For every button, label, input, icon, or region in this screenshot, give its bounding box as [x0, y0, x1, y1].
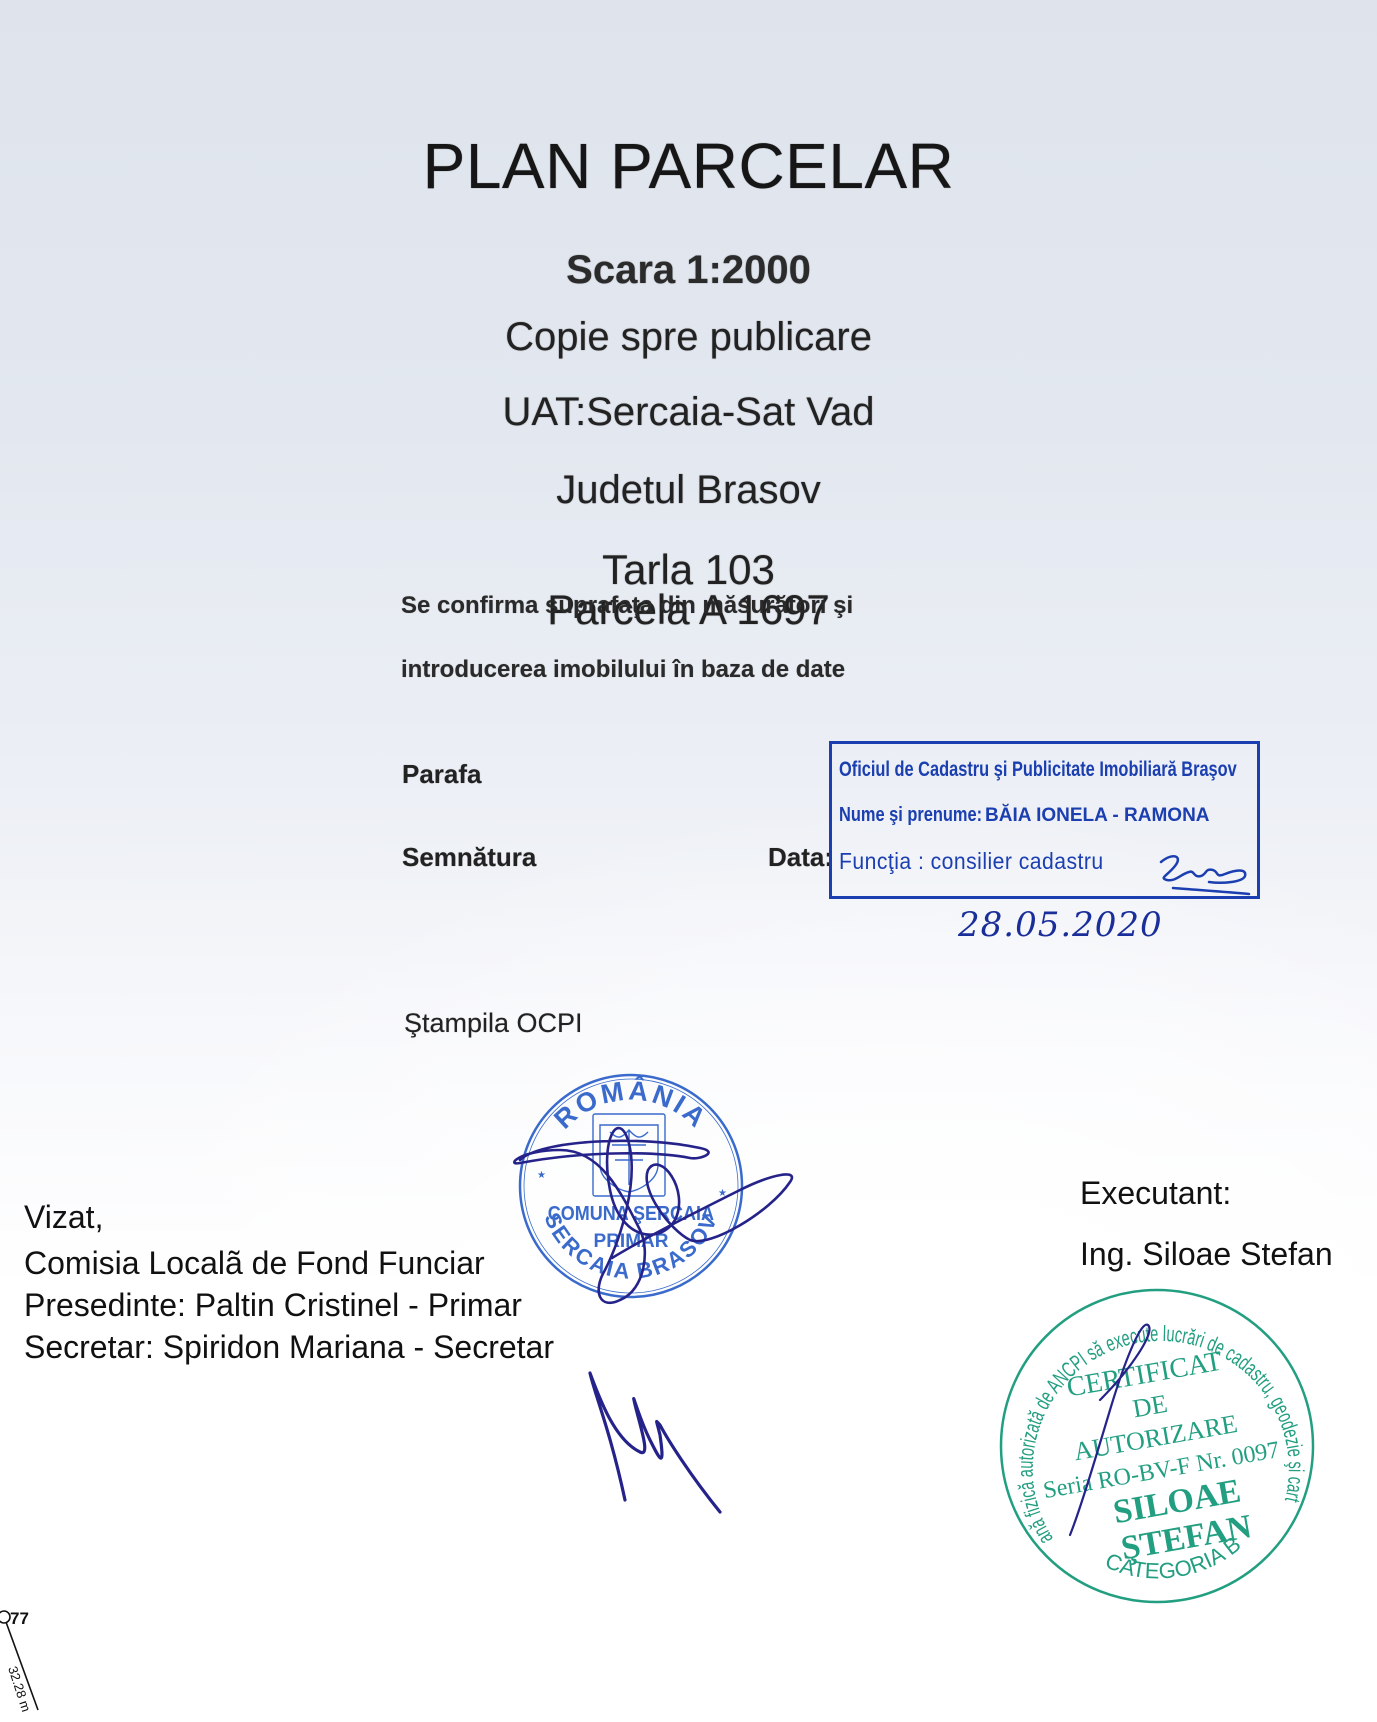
president-signature-icon [514, 1128, 792, 1303]
scale-text: Scara 1:2000 [0, 246, 1377, 294]
secretary-signature-icon [590, 1373, 720, 1512]
signature-label: Semnătura [402, 842, 536, 873]
confirmation-line-2: introducerea imobilului în baza de date [401, 656, 845, 684]
handwritten-date: 28.05.2020 [958, 905, 1163, 945]
survey-point-icon [0, 1611, 10, 1623]
svg-text:ROMÂNIA: ROMÂNIA [548, 1074, 713, 1134]
coat-of-arms-icon [593, 1114, 665, 1196]
executant-signature-icon [1070, 1325, 1149, 1535]
ocpi-name-row: Nume şi prenume: BĂIA IONELA - RAMONA [839, 804, 1210, 827]
cert-line-5: SILOAE [1111, 1472, 1244, 1531]
stamp-label: Ştampila OCPI [404, 1008, 583, 1039]
cert-line-4: Seria RO-BV-F Nr. 0097 [1041, 1437, 1281, 1504]
executant-name: Ing. Siloae Stefan [1080, 1236, 1333, 1273]
svg-text:CATEGORIA B: CATEGORIA B [1099, 1530, 1248, 1593]
parafa-label: Parafa [402, 759, 482, 790]
vizat-label: Vizat, [24, 1199, 103, 1236]
town-stamp-bottom-text: SERCAIA BRASOV [539, 1209, 722, 1284]
town-stamp-middle-text: COMUNA ŞERCAIA [548, 1203, 714, 1225]
svg-text:★: ★ [537, 1170, 546, 1181]
ocpi-office-name: Oficiul de Cadastru şi Publicitate Imobi… [839, 758, 1237, 782]
committee-name: Comisia Localã de Fond Funciar [24, 1245, 485, 1282]
cert-line-6: ŞTEFAN [1118, 1508, 1254, 1567]
document-title: PLAN PARCELAR [0, 128, 1377, 204]
svg-text:SERCAIA BRASOV: SERCAIA BRASOV [539, 1209, 722, 1284]
confirmation-line-1: Se confirma suprafaţa din măsurători şi [401, 592, 853, 620]
ocpi-stamp: Oficiul de Cadastru şi Publicitate Imobi… [829, 741, 1260, 899]
county-text: Judetul Brasov [0, 466, 1377, 514]
ocpi-name-value: BĂIA IONELA - RAMONA [985, 805, 1209, 826]
cert-line-3: AUTORIZARE [1071, 1409, 1239, 1466]
uat-text: UAT:Sercaia-Sat Vad [0, 388, 1377, 436]
date-label: Data: [768, 842, 833, 873]
executant-label: Executant: [1080, 1175, 1231, 1212]
survey-fragment: 77 32.28 m [0, 1600, 120, 1722]
ocpi-name-label: Nume şi prenume: [839, 804, 982, 827]
svg-text:★: ★ [718, 1188, 727, 1199]
town-hall-stamp: ROMÂNIA COMUNA ŞERCAIA PRIMAR SERCAIA BR… [520, 1074, 742, 1297]
cert-line-1: CERTIFICAT [1064, 1346, 1224, 1404]
town-stamp-role-text: PRIMAR [594, 1231, 669, 1252]
survey-point-label: 77 [10, 1609, 29, 1628]
town-stamp-top-text: ROMÂNIA [548, 1074, 713, 1134]
copy-note: Copie spre publicare [0, 313, 1377, 361]
cert-category-text: CATEGORIA B [1099, 1530, 1248, 1593]
committee-secretary: Secretar: Spiridon Mariana - Secretar [24, 1329, 554, 1366]
ocpi-function: Funcţia : consilier cadastru [839, 848, 1104, 875]
cert-line-2: DE [1130, 1389, 1169, 1424]
ocpi-signature-icon [1153, 848, 1253, 898]
committee-president: Presedinte: Paltin Cristinel - Primar [24, 1287, 522, 1324]
